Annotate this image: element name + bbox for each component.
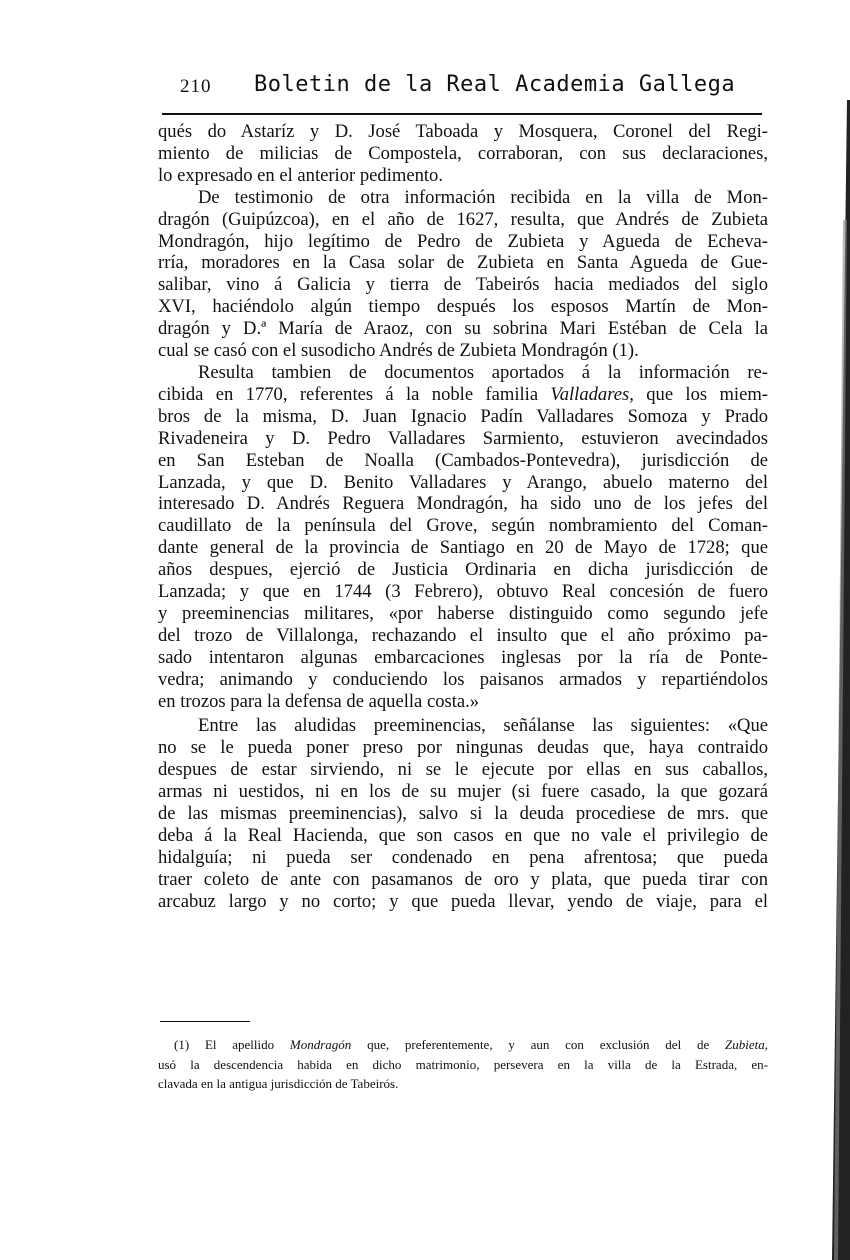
paragraph-1: qués do Astaríz y D. José Taboada y Mosq… xyxy=(158,121,768,187)
text-line: Entre las aludidas preeminencias, señála… xyxy=(158,715,768,737)
italic-surname: Mondragón xyxy=(290,1037,351,1052)
text-span: cibida en 1770, referentes á la noble fa… xyxy=(158,384,550,405)
text-line: Lanzada, y que D. Benito Valladares y Ar… xyxy=(158,472,768,494)
paragraph-3: Resulta tambien de documentos aportados … xyxy=(158,362,768,713)
text-line: miento de milicias de Compostela, corrab… xyxy=(158,143,768,165)
text-line: dragón (Guipúzcoa), en el año de 1627, r… xyxy=(158,209,768,231)
text-line: salibar, vino á Galicia y tierra de Tabe… xyxy=(158,274,768,296)
text-line: de las mismas preeminencias), salvo si l… xyxy=(158,803,768,825)
text-span: El apellido xyxy=(189,1037,290,1052)
footnote-line: usó la descendencia habida en dicho matr… xyxy=(158,1055,768,1075)
text-line: sado intentaron algunas embarcaciones in… xyxy=(158,647,768,669)
text-line: Lanzada; y que en 1744 (3 Febrero), obtu… xyxy=(158,581,768,603)
text-line: armas ni uestidos, ni en los de su mujer… xyxy=(158,781,768,803)
italic-surname: Zubieta, xyxy=(725,1037,768,1052)
text-line: vedra; animando y conduciendo los paisan… xyxy=(158,669,768,691)
text-line: caudillato de la península del Grove, se… xyxy=(158,515,768,537)
text-line: rría, moradores en la Casa solar de Zubi… xyxy=(158,252,768,274)
footnote: (1) El apellido Mondragón que, preferent… xyxy=(158,1035,768,1094)
text-line: Resulta tambien de documentos aportados … xyxy=(158,362,768,384)
text-line: en trozos para la defensa de aquella cos… xyxy=(158,691,768,713)
body-text: qués do Astaríz y D. José Taboada y Mosq… xyxy=(158,121,768,913)
text-line: deba á la Real Hacienda, que son casos e… xyxy=(158,825,768,847)
text-line: interesado D. Andrés Reguera Mondragón, … xyxy=(158,493,768,515)
text-line: Rivadeneira y D. Pedro Valladares Sarmie… xyxy=(158,428,768,450)
paragraph-2: De testimonio de otra información recibi… xyxy=(158,187,768,362)
footnote-line: (1) El apellido Mondragón que, preferent… xyxy=(158,1035,768,1055)
text-line: qués do Astaríz y D. José Taboada y Mosq… xyxy=(158,121,768,143)
footnote-marker: (1) xyxy=(174,1037,189,1052)
text-line: hidalguía; ni pueda ser condenado en pen… xyxy=(158,847,768,869)
running-header: 210 Boletin de la Real Academia Gallega xyxy=(162,72,760,102)
text-line: años despues, ejerció de Justicia Ordina… xyxy=(158,559,768,581)
text-line: bros de la misma, D. Juan Ignacio Padín … xyxy=(158,406,768,428)
text-span: que los miem- xyxy=(634,384,768,405)
page-binding-edge xyxy=(826,100,850,1260)
text-line: no se le pueda poner preso por ningunas … xyxy=(158,737,768,759)
text-span: que, preferentemente, y aun con exclusió… xyxy=(351,1037,725,1052)
text-line: XVI, haciéndolo algún tiempo después los… xyxy=(158,296,768,318)
text-line: arcabuz largo y no corto; y que pueda ll… xyxy=(158,891,768,913)
text-line: dragón y D.ª María de Araoz, con su sobr… xyxy=(158,318,768,340)
footnote-rule xyxy=(160,1021,250,1022)
text-line: cibida en 1770, referentes á la noble fa… xyxy=(158,384,768,406)
scanned-page: 210 Boletin de la Real Academia Gallega … xyxy=(0,0,850,1260)
text-line: y preeminencias militares, «por haberse … xyxy=(158,603,768,625)
text-line: Mondragón, hijo legítimo de Pedro de Zub… xyxy=(158,231,768,253)
running-title: Boletin de la Real Academia Gallega xyxy=(254,72,735,97)
text-line: De testimonio de otra información recibi… xyxy=(158,187,768,209)
page-number: 210 xyxy=(180,76,212,98)
italic-family-name: Valladares, xyxy=(550,384,634,405)
paragraph-4: Entre las aludidas preeminencias, señála… xyxy=(158,715,768,912)
text-line: cual se casó con el susodicho Andrés de … xyxy=(158,340,768,362)
header-rule xyxy=(162,113,762,115)
text-line: despues de estar sirviendo, ni se le eje… xyxy=(158,759,768,781)
text-line: en San Esteban de Noalla (Cambados-Ponte… xyxy=(158,450,768,472)
text-line: del trozo de Villalonga, rechazando el i… xyxy=(158,625,768,647)
text-line: traer coleto de ante con pasamanos de or… xyxy=(158,869,768,891)
footnote-line: clavada en la antigua jurisdicción de Ta… xyxy=(158,1074,768,1094)
text-line: dante general de la provincia de Santiag… xyxy=(158,537,768,559)
text-line: lo expresado en el anterior pedimento. xyxy=(158,165,768,187)
